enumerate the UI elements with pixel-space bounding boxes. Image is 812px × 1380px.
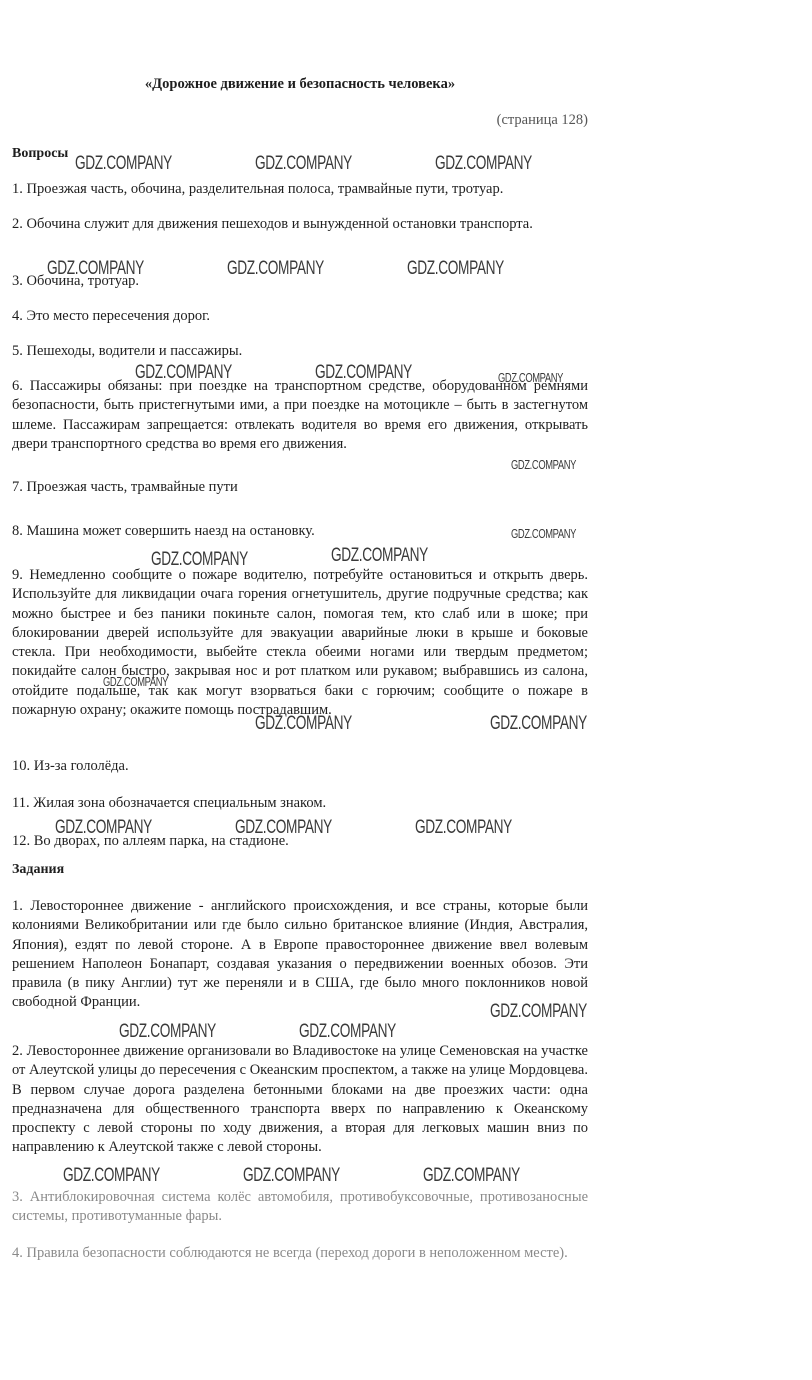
watermark: GDZ.COMPANY xyxy=(511,457,576,472)
section-heading-questions: Вопросы xyxy=(12,146,68,162)
question-12: 12. Во дворах, по аллеям парка, на стади… xyxy=(12,832,588,851)
document-title: «Дорожное движение и безопасность челове… xyxy=(0,76,600,93)
watermark: GDZ.COMPANY xyxy=(255,153,352,175)
watermark: GDZ.COMPANY xyxy=(331,545,428,567)
question-2: 2. Обочина служит для движения пешеходов… xyxy=(12,215,588,234)
section-heading-tasks: Задания xyxy=(12,862,64,878)
watermark: GDZ.COMPANY xyxy=(243,1165,340,1187)
question-5: 5. Пешеходы, водители и пассажиры. xyxy=(12,342,588,361)
watermark: GDZ.COMPANY xyxy=(423,1165,520,1187)
question-9: 9. Немедленно сообщите о пожаре водителю… xyxy=(12,566,588,720)
question-10: 10. Из-за гололёда. xyxy=(12,757,588,776)
watermark: GDZ.COMPANY xyxy=(75,153,172,175)
watermark: GDZ.COMPANY xyxy=(119,1021,216,1043)
question-4: 4. Это место пересечения дорог. xyxy=(12,307,588,326)
watermark: GDZ.COMPANY xyxy=(435,153,532,175)
task-2: 2. Левостороннее движение организовали в… xyxy=(12,1042,588,1158)
watermark: GDZ.COMPANY xyxy=(299,1021,396,1043)
watermark: GDZ.COMPANY xyxy=(63,1165,160,1187)
document-page: «Дорожное движение и безопасность челове… xyxy=(0,0,812,1380)
question-7: 7. Проезжая часть, трамвайные пути xyxy=(12,478,588,497)
question-6: 6. Пассажиры обязаны: при поездке на тра… xyxy=(12,377,588,454)
page-reference: (страница 128) xyxy=(497,112,588,129)
question-8: 8. Машина может совершить наезд на остан… xyxy=(12,522,588,541)
task-1: 1. Левостороннее движение - английского … xyxy=(12,897,588,1013)
question-11: 11. Жилая зона обозначается специальным … xyxy=(12,794,588,813)
question-1: 1. Проезжая часть, обочина, разделительн… xyxy=(12,180,588,199)
task-4: 4. Правила безопасности соблюдаются не в… xyxy=(12,1244,588,1263)
question-3: 3. Обочина, тротуар. xyxy=(12,272,588,291)
task-3: 3. Антиблокировочная система колёс автом… xyxy=(12,1188,588,1227)
